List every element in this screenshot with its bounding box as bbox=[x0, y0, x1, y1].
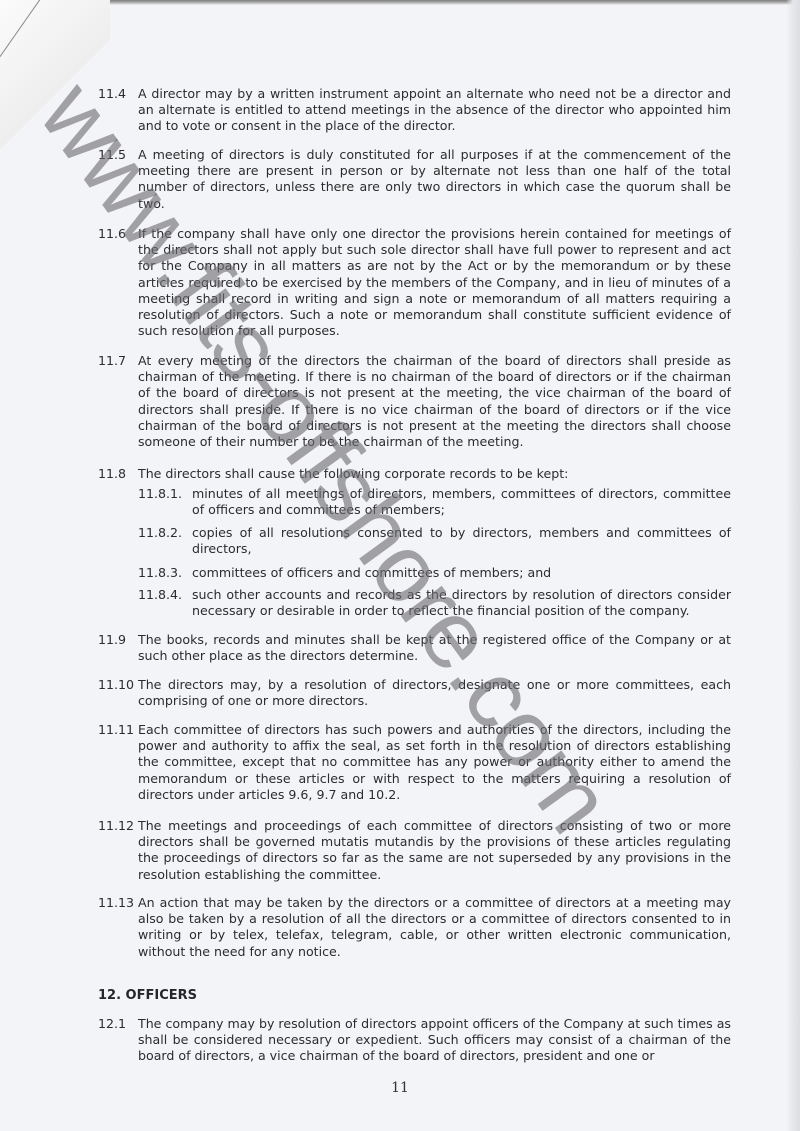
clause-text: The meetings and proceedings of each com… bbox=[138, 818, 731, 883]
clause-11-12: 11.12 The meetings and proceedings of ea… bbox=[98, 818, 731, 883]
clause-number: 11.7 bbox=[98, 353, 136, 369]
clause-11-13: 11.13 An action that may be taken by the… bbox=[98, 895, 731, 960]
section-heading: 12. OFFICERS bbox=[98, 988, 197, 1003]
clause-text: At every meeting of the directors the ch… bbox=[138, 353, 731, 450]
clause-number: 11.5 bbox=[98, 147, 136, 163]
clause-number: 11.8 bbox=[98, 466, 136, 482]
subclause-11-8-4: 11.8.4. such other accounts and records … bbox=[138, 587, 731, 619]
clause-text: The directors shall cause the following … bbox=[138, 466, 731, 482]
clause-number: 11.13 bbox=[98, 895, 136, 911]
subclause-11-8-2: 11.8.2. copies of all resolutions consen… bbox=[138, 525, 731, 557]
clause-11-9: 11.9 The books, records and minutes shal… bbox=[98, 632, 731, 664]
clause-number: 11.9 bbox=[98, 632, 136, 648]
clause-11-8: 11.8 The directors shall cause the follo… bbox=[98, 466, 731, 482]
clause-number: 11.4 bbox=[98, 86, 136, 102]
clause-number: 11.6 bbox=[98, 226, 136, 242]
clause-number: 11.10 bbox=[98, 677, 136, 693]
subclause-text: committees of officers and committees of… bbox=[192, 565, 731, 581]
subclause-11-8-3: 11.8.3. committees of officers and commi… bbox=[138, 565, 731, 581]
clause-text: The company may by resolution of directo… bbox=[138, 1016, 731, 1065]
clause-number: 12.1 bbox=[98, 1016, 136, 1032]
subclause-number: 11.8.4. bbox=[138, 587, 182, 603]
document-page: 11.4 A director may by a written instrum… bbox=[0, 0, 800, 1131]
clause-text: A director may by a written instrument a… bbox=[138, 86, 731, 135]
subclause-number: 11.8.1. bbox=[138, 486, 182, 502]
clause-number: 11.11 bbox=[98, 722, 136, 738]
subclause-text: copies of all resolutions consented to b… bbox=[192, 525, 731, 557]
clause-11-10: 11.10 The directors may, by a resolution… bbox=[98, 677, 731, 709]
subclause-number: 11.8.3. bbox=[138, 565, 182, 581]
clause-11-4: 11.4 A director may by a written instrum… bbox=[98, 86, 731, 135]
clause-text: An action that may be taken by the direc… bbox=[138, 895, 731, 960]
clause-12-1: 12.1 The company may by resolution of di… bbox=[98, 1016, 731, 1065]
clause-text: The directors may, by a resolution of di… bbox=[138, 677, 731, 709]
clause-text: Each committee of directors has such pow… bbox=[138, 722, 731, 803]
subclause-11-8-1: 11.8.1. minutes of all meetings of direc… bbox=[138, 486, 731, 518]
clause-11-6: 11.6 If the company shall have only one … bbox=[98, 226, 731, 339]
page-number: 11 bbox=[0, 1080, 800, 1096]
subclause-number: 11.8.2. bbox=[138, 525, 182, 541]
clause-11-7: 11.7 At every meeting of the directors t… bbox=[98, 353, 731, 450]
clause-text: A meeting of directors is duly constitut… bbox=[138, 147, 731, 212]
subclause-text: such other accounts and records as the d… bbox=[192, 587, 731, 619]
clause-number: 11.12 bbox=[98, 818, 136, 834]
subclause-text: minutes of all meetings of directors, me… bbox=[192, 486, 731, 518]
clause-text: The books, records and minutes shall be … bbox=[138, 632, 731, 664]
clause-text: If the company shall have only one direc… bbox=[138, 226, 731, 339]
clause-11-5: 11.5 A meeting of directors is duly cons… bbox=[98, 147, 731, 212]
clause-11-11: 11.11 Each committee of directors has su… bbox=[98, 722, 731, 803]
